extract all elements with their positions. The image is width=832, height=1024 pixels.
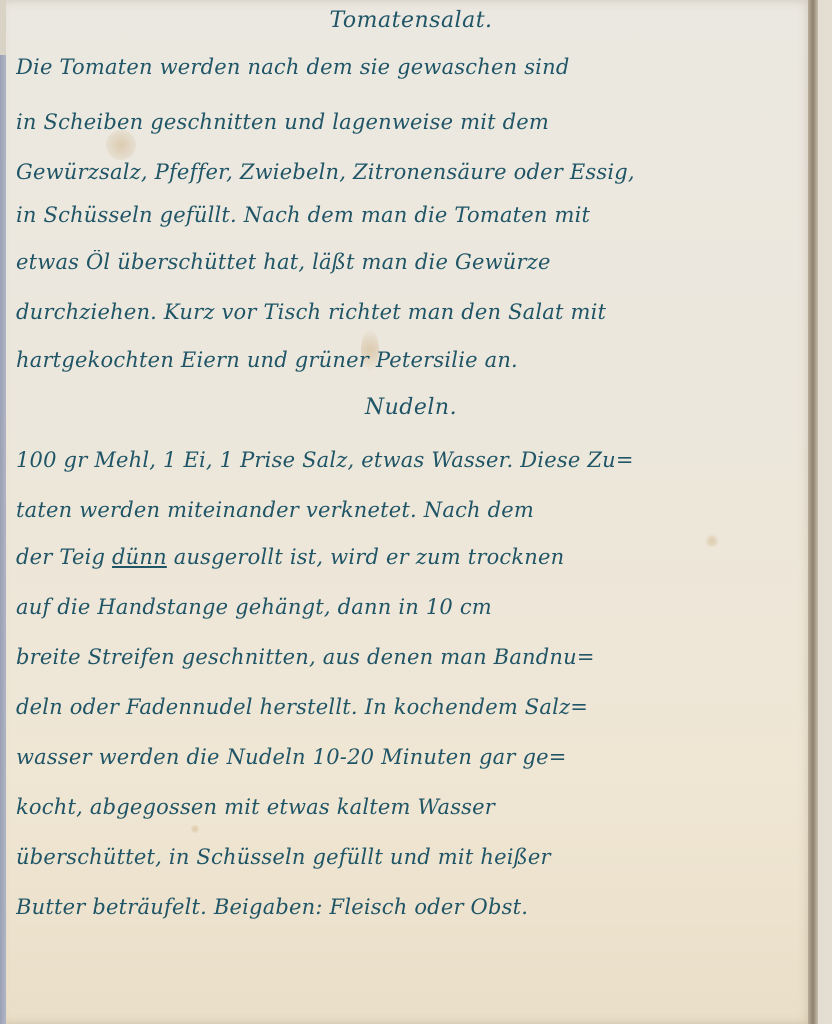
text-line: wasser werden die Nudeln 10-20 Minuten g… <box>16 745 806 769</box>
text-line: der Teig dünn ausgerollt ist, wird er zu… <box>16 545 806 569</box>
text-line: Gewürzsalz, Pfeffer, Zwiebeln, Zitronens… <box>16 160 806 184</box>
recipe-title-nudeln: Nudeln. <box>16 395 806 420</box>
underlined-word: dünn <box>112 545 167 569</box>
text-line: etwas Öl überschüttet hat, läßt man die … <box>16 250 806 274</box>
text-line: taten werden miteinander verknetet. Nach… <box>16 498 806 522</box>
text-line: in Scheiben geschnitten und lagenweise m… <box>16 110 806 134</box>
text-line: überschüttet, in Schüsseln gefüllt und m… <box>16 845 806 869</box>
paper-stain <box>106 130 136 160</box>
text-line: auf die Handstange gehängt, dann in 10 c… <box>16 595 806 619</box>
text-line: in Schüsseln gefüllt. Nach dem man die T… <box>16 203 806 227</box>
text-line: hartgekochten Eiern und grüner Petersili… <box>16 348 806 372</box>
book-spine-shadow <box>808 0 818 1024</box>
recipe-title-tomatensalat: Tomatensalat. <box>16 8 806 33</box>
adjacent-page-edge <box>818 0 832 1024</box>
text-line: Butter beträufelt. Beigaben: Fleisch ode… <box>16 895 806 919</box>
text-line: durchziehen. Kurz vor Tisch richtet man … <box>16 300 806 324</box>
text-line: deln oder Fadennudel herstellt. In koche… <box>16 695 806 719</box>
text-line: kocht, abgegossen mit etwas kaltem Wasse… <box>16 795 806 819</box>
paper-stain <box>191 825 199 833</box>
text-line: Die Tomaten werden nach dem sie gewasche… <box>16 55 806 79</box>
text-line: 100 gr Mehl, 1 Ei, 1 Prise Salz, etwas W… <box>16 448 806 472</box>
text-line: breite Streifen geschnitten, aus denen m… <box>16 645 806 669</box>
